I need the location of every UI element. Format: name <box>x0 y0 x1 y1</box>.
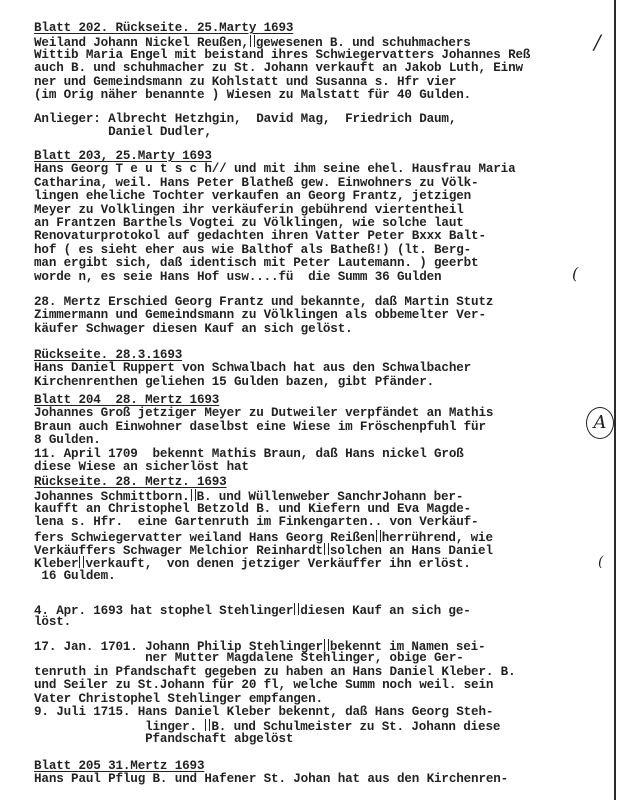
text-line: löst. <box>34 616 71 630</box>
text-line: diese Wiese an sicherlöst hat <box>34 461 249 475</box>
text-line: Kirchenrenthen geliehen 15 Gulden bazen,… <box>34 376 434 390</box>
text-line: fers Schwiegervatter weiland Hans Georg … <box>34 530 493 544</box>
text-line: worde n, es seie Hans Hof usw....fü die … <box>34 271 441 285</box>
text-line: lena s. Hfr. eine Gartenruth im Finkenga… <box>34 516 478 530</box>
page-edge-rule <box>614 0 616 800</box>
handwritten-double-bar-mark <box>191 489 196 501</box>
entry-heading-line: Rückseite. 28. Mertz. 1693 <box>34 476 227 490</box>
scanned-document-page: Blatt 202. Rückseite. 25.Marty 1693Weila… <box>0 0 625 800</box>
handwritten-double-bar-mark <box>294 603 299 615</box>
margin-slash-mark: / <box>594 30 601 54</box>
margin-bracket-mark: ( <box>572 264 578 283</box>
margin-bracket-mark-2: ( <box>598 554 603 570</box>
text-line: Verkäuffers Schwager Melchior Reinhardts… <box>34 543 493 557</box>
handwritten-double-bar-mark <box>376 530 381 542</box>
handwritten-double-bar-mark <box>250 35 255 47</box>
handwritten-double-bar-mark <box>324 543 329 555</box>
handwritten-double-bar-mark <box>79 556 84 568</box>
text-line: Daniel Dudler, <box>34 126 212 140</box>
text-line: Hans Paul Pflug B. und Hafener St. Johan… <box>34 773 508 787</box>
handwritten-double-bar-mark <box>324 639 329 651</box>
text-line: Pfandschaft abgelöst <box>34 733 293 747</box>
circled-annotation-mark: A <box>586 407 614 439</box>
text-line: käufer Schwager diesen Kauf an sich gelö… <box>34 323 353 337</box>
text-line: 9. Juli 1715. Hans Daniel Kleber bekennt… <box>34 706 493 720</box>
handwritten-double-bar-mark <box>205 719 210 731</box>
text-line: Braun auch Einwohner daselbst eine Wiese… <box>34 421 486 435</box>
entry-heading-line: Blatt 202. Rückseite. 25.Marty 1693 <box>34 22 293 36</box>
text-line: (im Orig näher benannte ) Wiesen zu Mals… <box>34 89 471 103</box>
entry-heading-line: 4. Apr. 1693 hat stophel Stehlingerdiese… <box>34 603 471 617</box>
text-line: 16 Guldem. <box>34 570 115 584</box>
